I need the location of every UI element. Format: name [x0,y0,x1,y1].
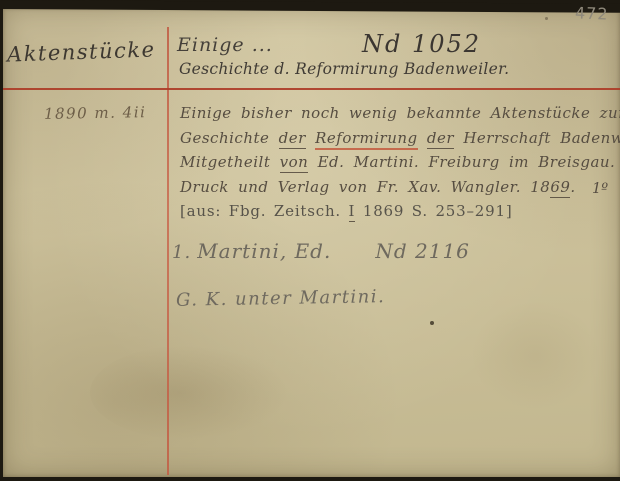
accession-number: 1890 m. 4ii [44,103,147,123]
shelfmark: Nd 1052 [362,30,481,58]
entry-author: Martini, Ed. [197,239,331,263]
handwritten-line: Druck und Verlag von Fr. Xav. Wangler. 1… [180,175,616,200]
ruled-line-vertical [167,27,169,475]
entry-number: 1. [172,242,191,263]
format-note: 1º [592,181,608,197]
handwritten-line: [aus: Fbg. Zeitsch. I 1869 S. 253–291] [180,199,616,224]
title-subtitle: Geschichte d. Reformirung Badenweiler. [179,60,509,78]
stain [470,300,600,410]
handwritten-line: Mitgetheilt von Ed. Martini. Freiburg im… [180,150,616,175]
ruled-line-horizontal [3,88,620,90]
handwritten-line: Geschichte der Reformirung der Herrschaf… [180,126,616,151]
ink-speck [430,321,434,325]
cross-reference-note: G. K. unter Martini. [176,286,386,311]
ink-speck [545,17,548,20]
stain [90,345,290,440]
title-keyword: Einige ... [177,34,273,56]
bibliographic-description: Einige bisher noch wenig bekannte Aktens… [180,101,616,224]
author-entry-line: 1.Martini, Ed.Nd 2116 [172,239,470,263]
corner-number: 472 [575,3,609,23]
entry-shelfmark: Nd 2116 [375,239,470,263]
catalog-card-scan: 472 Aktenstücke Einige ... Nd 1052 Gesch… [0,0,620,481]
handwritten-line: Einige bisher noch wenig bekannte Aktens… [180,101,616,126]
